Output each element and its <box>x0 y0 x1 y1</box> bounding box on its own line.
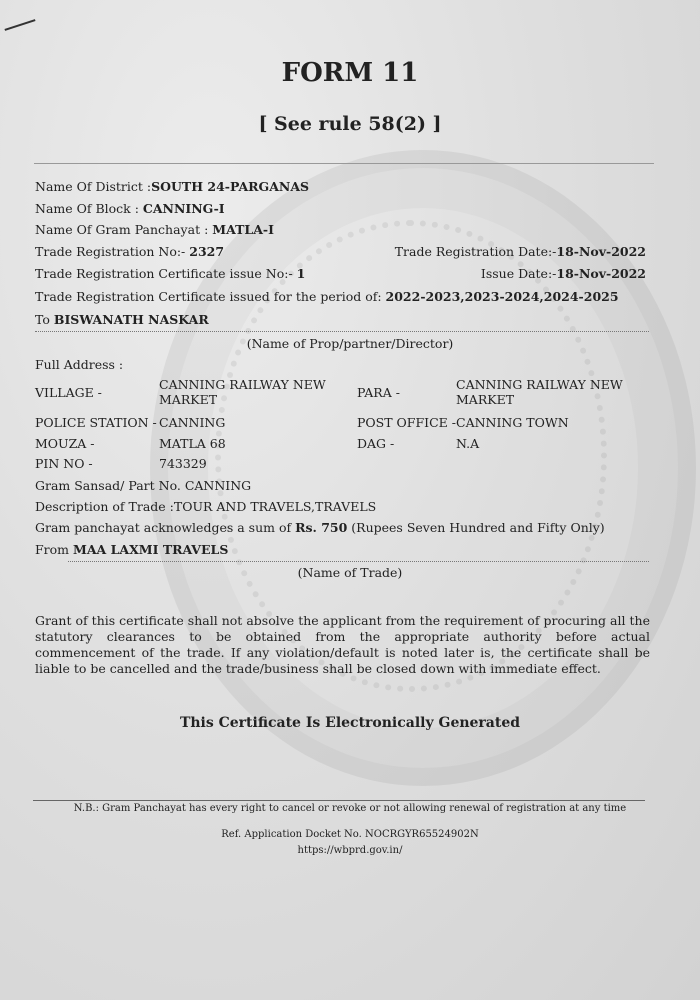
pen-mark <box>4 19 35 31</box>
para-value: CANNING RAILWAY NEW MARKET <box>456 377 631 407</box>
divider <box>34 163 654 164</box>
pin-value: 743329 <box>159 456 207 471</box>
footer-nb: N.B.: Gram Panchayat has every right to … <box>0 803 700 814</box>
form-subtitle: [ See rule 58(2) ] <box>0 113 700 135</box>
police-station-label: POLICE STATION - <box>35 415 157 430</box>
trade-description-row: Description of Trade :TOUR AND TRAVELS,T… <box>35 499 376 514</box>
footer-divider <box>33 800 645 801</box>
recipient-row: To BISWANATH NASKAR <box>35 312 209 327</box>
trade-dotted-line <box>68 561 649 562</box>
district-row: Name Of District :SOUTH 24-PARGANAS <box>35 179 309 194</box>
footer-url[interactable]: https://wbprd.gov.in/ <box>0 845 700 856</box>
registration-no-row: Trade Registration No:- 2327 <box>35 244 224 259</box>
fee-acknowledgement-row: Gram panchayat acknowledges a sum of Rs.… <box>35 520 605 535</box>
registration-date-row: Trade Registration Date:-18-Nov-2022 <box>395 244 646 259</box>
gram-sansad-row: Gram Sansad/ Part No. CANNING <box>35 478 251 493</box>
form-title: FORM 11 <box>0 58 700 88</box>
gram-panchayat-row: Name Of Gram Panchayat : MATLA-I <box>35 222 274 237</box>
dag-value: N.A <box>456 436 479 451</box>
village-value: CANNING RAILWAY NEW MARKET <box>159 377 334 407</box>
terms-paragraph: Grant of this certificate shall not abso… <box>35 613 650 677</box>
mouza-value: MATLA 68 <box>159 436 226 451</box>
full-address-heading: Full Address : <box>35 357 123 372</box>
village-label: VILLAGE - <box>35 385 102 400</box>
dag-label: DAG - <box>357 436 394 451</box>
pin-label: PIN NO - <box>35 456 93 471</box>
electronic-generation-note: This Certificate Is Electronically Gener… <box>0 715 700 731</box>
issue-date-row: Issue Date:-18-Nov-2022 <box>481 266 646 281</box>
recipient-dotted-line <box>35 331 649 332</box>
certificate-issue-no-row: Trade Registration Certificate issue No:… <box>35 266 305 281</box>
trade-caption: (Name of Trade) <box>0 565 700 580</box>
para-label: PARA - <box>357 385 400 400</box>
post-office-value: CANNING TOWN <box>456 415 569 430</box>
recipient-caption: (Name of Prop/partner/Director) <box>0 336 700 351</box>
police-station-value: CANNING <box>159 415 225 430</box>
trade-name-row: From MAA LAXMI TRAVELS <box>35 542 228 557</box>
post-office-label: POST OFFICE - <box>357 415 456 430</box>
block-row: Name Of Block : CANNING-I <box>35 201 225 216</box>
mouza-label: MOUZA - <box>35 436 95 451</box>
period-row: Trade Registration Certificate issued fo… <box>35 289 619 304</box>
docket-reference: Ref. Application Docket No. NOCRGYR65524… <box>0 829 700 840</box>
